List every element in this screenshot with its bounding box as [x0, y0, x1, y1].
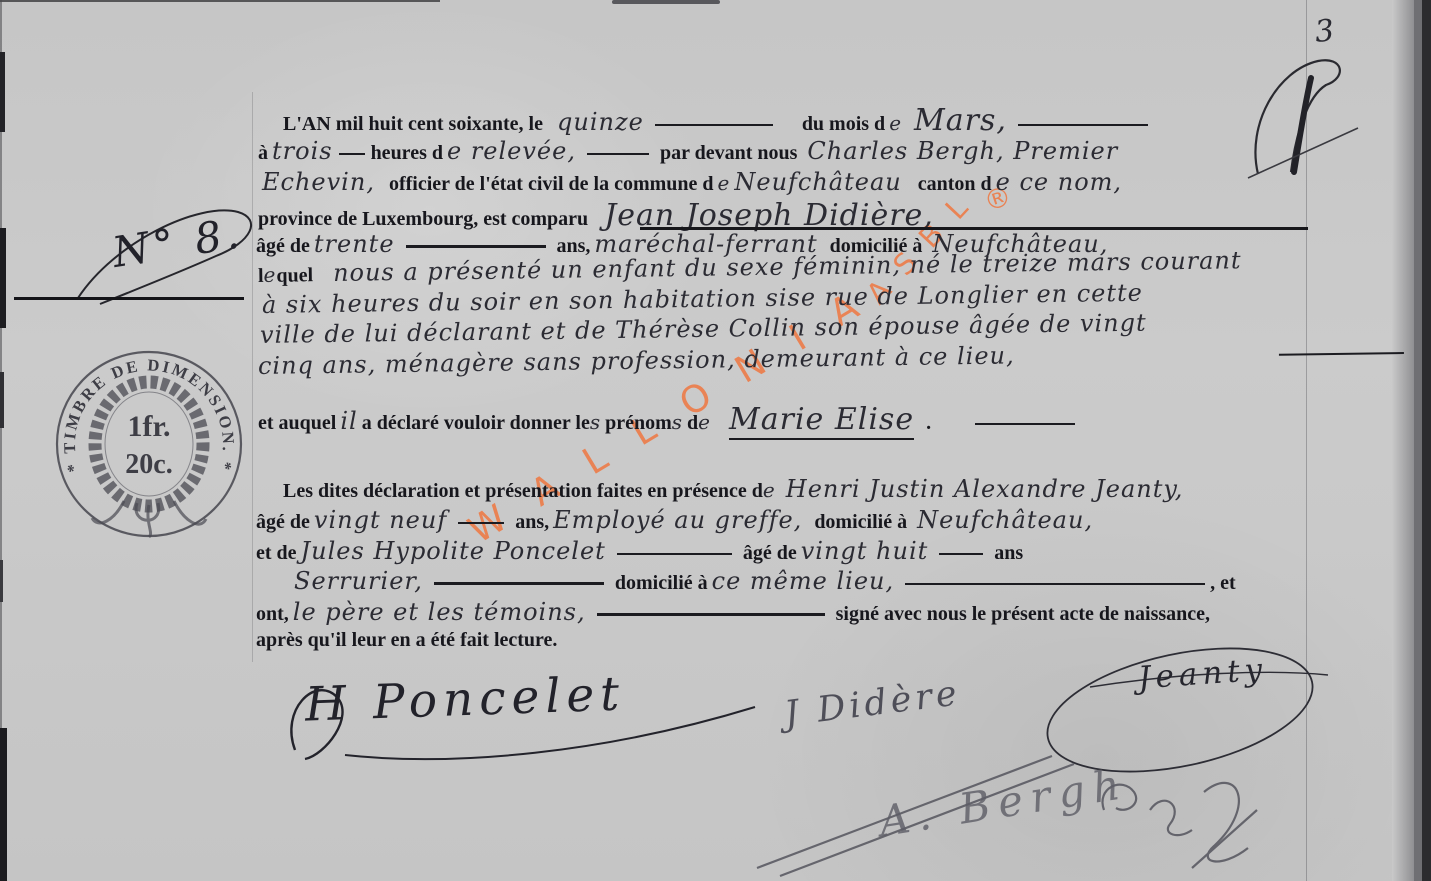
- act-line-12: âgé de vingt neuf ans, Employé au greffe…: [256, 506, 1093, 534]
- blank-line: [939, 553, 983, 555]
- act-line-16: après qu'il leur en a été fait lecture.: [256, 629, 557, 652]
- printed-text: domicilié à: [615, 572, 708, 594]
- scan-edge-artifact: [0, 0, 440, 2]
- blank-line: [655, 124, 773, 126]
- scan-edge-artifact: [0, 372, 4, 428]
- blank-line: [434, 582, 604, 585]
- blank-line: [1018, 124, 1148, 126]
- handwritten-text: e relevée,: [447, 137, 576, 165]
- printed-text: après qu'il leur en a été fait lecture.: [256, 629, 557, 651]
- act-line-15: ont, le père et les témoins, signé avec …: [256, 598, 1210, 626]
- page-number: 3: [1313, 13, 1336, 50]
- fold-line: [252, 92, 253, 662]
- scan-edge-artifact: [0, 228, 6, 328]
- printed-text: ans: [994, 542, 1023, 564]
- handwritten-text: Neufchâteau: [734, 168, 901, 196]
- printed-text: du mois d: [802, 113, 885, 135]
- handwritten-text: Jules Hypolite Poncelet: [301, 537, 606, 565]
- printed-text: heures d: [371, 142, 443, 164]
- printed-text: ans,: [515, 511, 549, 533]
- handwritten-text: Employé au greffe,: [553, 506, 802, 534]
- blank-line: [406, 245, 546, 248]
- printed-text: prénom: [605, 412, 672, 434]
- blank-line: [458, 522, 504, 524]
- printed-text: a déclaré vouloir donner le: [362, 412, 590, 434]
- printed-text: par devant nous: [660, 142, 797, 164]
- act-line-3: Echevin, officier de l'état civil de la …: [262, 168, 1122, 196]
- handwritten-text: e: [889, 111, 902, 135]
- scan-edge-artifact: [0, 52, 5, 132]
- printed-text: L'AN mil huit cent soixante, le: [283, 113, 543, 135]
- didiere-signature: J Didère: [782, 673, 963, 734]
- handwritten-text: Charles Bergh, Premier: [807, 137, 1118, 165]
- blank-line: [617, 553, 732, 555]
- act-line-10: et auquel il a déclaré vouloir donner le…: [258, 402, 1082, 437]
- printed-text: et de: [256, 542, 297, 564]
- handwritten-text: s: [590, 410, 601, 434]
- margin-rule: [14, 297, 244, 300]
- scan-edge-artifact: [612, 0, 720, 4]
- act-line-14: Serrurier, domicilié à ce même lieu, , e…: [294, 567, 1236, 595]
- handwritten-text: vingt neuf: [314, 506, 447, 534]
- blank-line: [339, 153, 365, 155]
- printed-text: , et: [1210, 572, 1236, 594]
- printed-text: à: [258, 142, 268, 164]
- handwritten-text: e: [763, 478, 776, 502]
- act-line-1: L'AN mil huit cent soixante, le quinze d…: [283, 103, 1155, 138]
- printed-text: âgé de: [743, 542, 797, 564]
- printed-text: .: [926, 412, 931, 434]
- handwritten-text: Serrurier,: [294, 567, 423, 595]
- printed-text: d: [687, 412, 698, 434]
- act-line-11: Les dites déclaration et présentation fa…: [283, 475, 1183, 503]
- blank-line: [905, 583, 1205, 585]
- blank-line: [587, 153, 649, 155]
- printed-text: domicilié à: [814, 511, 907, 533]
- revenue-stamp: * TIMBRE DE DIMENSION. * 1fr. 20c.: [52, 348, 244, 538]
- scan-edge-artifact: [0, 560, 3, 602]
- handwritten-text: Mars,: [914, 103, 1007, 138]
- act-line-13: et de Jules Hypolite Poncelet âgé de vin…: [256, 537, 1023, 565]
- page-edge-dark-band: [1422, 0, 1431, 881]
- handwritten-text: e: [698, 410, 711, 434]
- stamp-value-francs: 1fr.: [127, 410, 170, 443]
- handwritten-text: e: [718, 171, 731, 195]
- blank-line: [597, 613, 825, 616]
- handwritten-text: Neufchâteau,: [917, 506, 1093, 534]
- paraph-flourish: [1248, 52, 1363, 182]
- printed-text: Les dites déclaration et présentation fa…: [283, 480, 763, 502]
- stamp-value-centimes: 20c.: [125, 449, 172, 480]
- poncelet-signature: H Poncelet: [304, 666, 626, 732]
- page-edge-shadow: [1392, 0, 1414, 881]
- handwritten-text: quinze: [557, 108, 644, 136]
- handwritten-text: e: [263, 263, 276, 287]
- handwritten-text: Echevin,: [262, 168, 375, 196]
- printed-text: officier de l'état civil de la commune d: [389, 173, 714, 195]
- printed-text: canton d: [918, 173, 992, 195]
- handwritten-text: il: [340, 407, 357, 435]
- printed-text: et auquel: [258, 412, 336, 434]
- scanned-document-page: 3 N° 8. * TIMBRE DE DIMENSION. * 1fr. 20…: [0, 0, 1431, 881]
- handwritten-text: vingt huit: [801, 537, 929, 565]
- printed-text: quel: [276, 264, 313, 287]
- handwritten-text: trois: [272, 137, 333, 165]
- page-edge-shadow: [1414, 0, 1422, 881]
- handwritten-name-marie-elise: Marie Elise: [729, 402, 914, 440]
- printed-text: signé avec nous le présent acte de naiss…: [836, 603, 1210, 625]
- act-line-2: à trois heures d e relevée, par devant n…: [258, 137, 1118, 165]
- blank-line: [975, 423, 1075, 425]
- handwritten-text: trente: [314, 230, 395, 258]
- printed-text: âgé de: [256, 235, 310, 257]
- printed-text: ont,: [256, 603, 289, 625]
- handwritten-text: ce même lieu,: [712, 567, 894, 595]
- handwritten-text: le père et les témoins,: [293, 598, 586, 626]
- handwritten-text: Henri Justin Alexandre Jeanty,: [786, 475, 1184, 503]
- handwritten-text: s: [672, 410, 683, 434]
- blank-line: [1279, 352, 1404, 356]
- handwritten-text: e ce nom,: [996, 168, 1122, 196]
- printed-text: âgé de: [256, 511, 310, 533]
- scan-edge-artifact: [0, 728, 7, 881]
- printed-text: ans,: [557, 235, 591, 257]
- printed-text: province de Luxembourg, est comparu: [258, 208, 588, 230]
